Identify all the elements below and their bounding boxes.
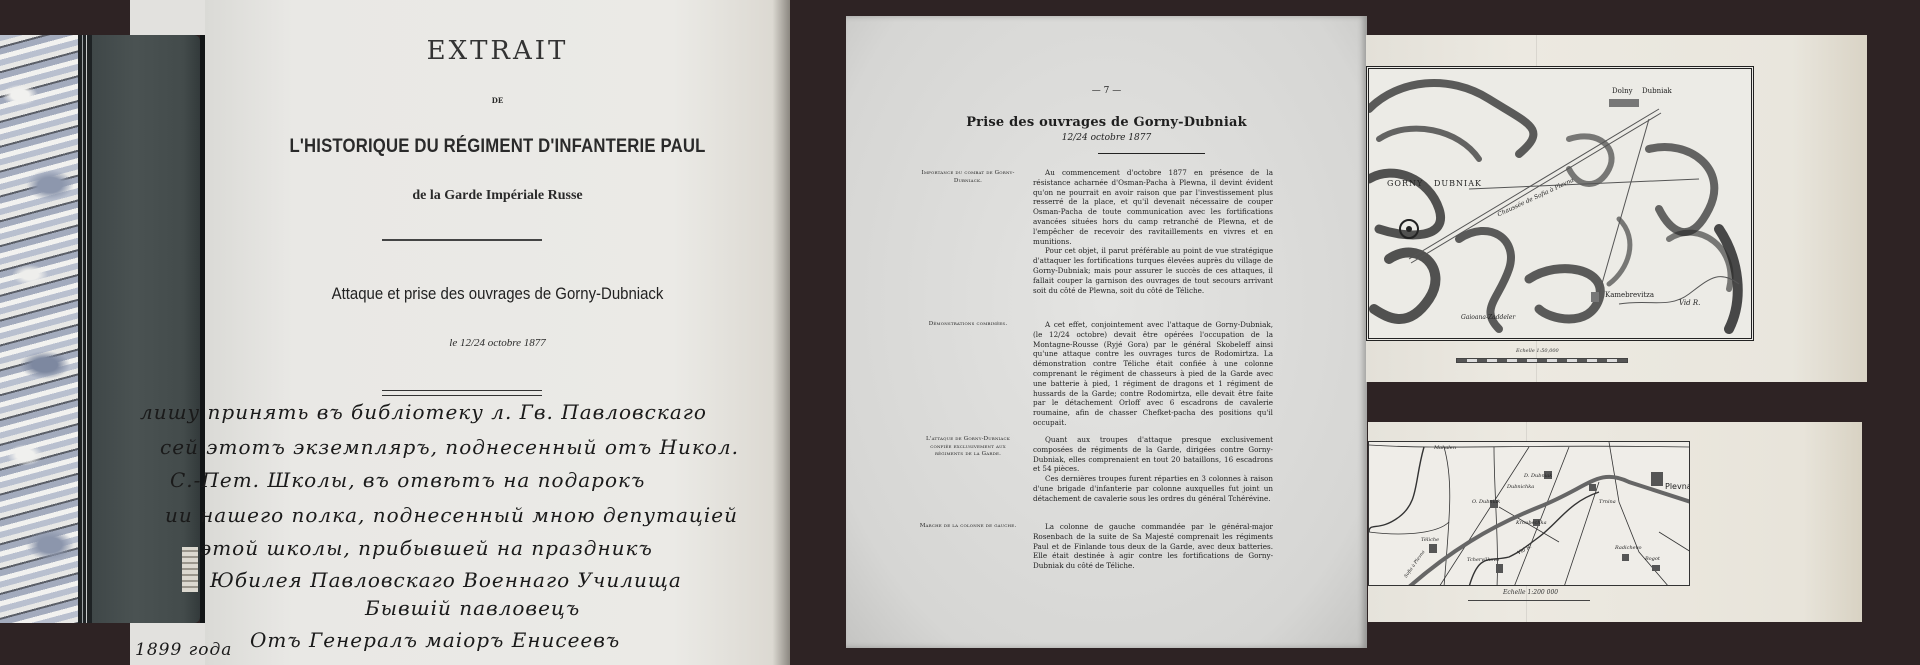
paragraph: Au commencement d'octobre 1877 en présen… [1033,168,1273,246]
map-label: Téliche [1421,537,1439,543]
map-label: Mahalen [1434,445,1456,451]
map-label: Dubniak [1642,87,1672,95]
margin-note: Marche de la colonne de gauche. [918,523,1018,531]
margin-note: L'attaque de Gorny-Dubniack confiée excl… [918,436,1018,459]
book-cover [0,35,205,623]
paragraph: A cet effet, conjointement avec l'attaqu… [1033,320,1273,428]
title-historique: L'HISTORIQUE DU RÉGIMENT D'INFANTERIE PA… [240,136,755,158]
map-label: Bogot [1645,556,1660,562]
cloth-binding [92,35,200,623]
margin-note: Importance du combat de Gorny-Dubniack. [918,170,1018,185]
map-label-city: Plevna [1665,482,1690,491]
map-label: Gaioana-Zaddeler [1461,314,1515,321]
map-scale-caption: Echelle 1:200 000 [1503,589,1558,596]
title-date: le 12/24 octobre 1877 [205,337,790,349]
map-label: Trnina [1599,499,1616,505]
title-garde: de la Garde Impériale Russe [205,188,790,204]
inscription-line: Юбилея Павловскаго Военнаго Училища [210,568,682,592]
page-heading: Prise des ouvrages de Gorny-Dubniak [846,115,1367,130]
map-frame: GORNY DUBNIAK Dolny Dubniak Chaussée de … [1366,66,1754,341]
title-de: DE [205,96,790,105]
title-attaque: Attaque et prise des ouvrages de Gorny-D… [240,284,755,304]
title-extrait: EXTRAIT [205,36,790,66]
paragraph: La colonne de gauche commandée par le gé… [1033,522,1273,571]
map-label: D. Dubniak [1524,473,1552,479]
section-text: A cet effet, conjointement avec l'attaqu… [1033,320,1273,428]
terrain-hachures [1369,69,1751,338]
map-label: Dolny [1612,87,1633,95]
map-label-river: Vid R. [1679,299,1700,307]
margin-note: Démonstrations combinées. [918,321,1018,329]
shelf-label-tag [182,547,198,592]
inscription-line: лишу принять въ библіотеку л. Гв. Павлов… [140,400,707,424]
heading-rule [1098,153,1205,154]
map-gorny-dubniak-detail: GORNY DUBNIAK Dolny Dubniak Chaussée de … [1366,35,1867,382]
paragraph: Quant aux troupes d'attaque presque excl… [1033,435,1273,474]
inscription-line: ии нашего полка, поднесенный мною депута… [165,503,738,527]
map-scale-caption: Echelle 1:50,000 [1516,348,1559,354]
marbled-endpaper [0,35,78,623]
inner-page-7: — 7 — Prise des ouvrages de Gorny-Dubnia… [846,16,1367,648]
map-label: DUBNIAK [1434,179,1482,188]
section-text: Au commencement d'octobre 1877 en présen… [1033,168,1273,295]
paragraph: Ces dernières troupes furent réparties e… [1033,474,1273,503]
title-page: EXTRAIT DE L'HISTORIQUE DU RÉGIMENT D'IN… [205,0,790,665]
spine-gilt-lines [78,35,92,623]
page-number: — 7 — [846,86,1367,96]
map-label: Kroubechka [1516,520,1547,526]
map-label: Dubnichka [1507,484,1534,490]
paragraph: Pour cet objet, il parut préférable au p… [1033,246,1273,295]
title-rule [382,239,542,241]
inscription-line: сей этотъ экземпляръ, поднесенный отъ Ни… [160,435,739,459]
inscription-signature: Отъ Генералъ маiоръ Енисеевъ [250,628,620,652]
map-label: Kamebrevitza [1605,291,1654,299]
map-label: O. Dubniak [1472,499,1500,505]
inscription-signature-title: Бывшiй павловецъ [365,596,580,620]
map-label: Tchervilkovo [1467,557,1499,563]
map-label: GORNY [1387,179,1423,188]
map-frame: Mahalen O. Dubniak D. Dubniak Dubnichka … [1368,441,1690,586]
inscription-year: 1899 года [135,640,232,660]
map-plevna-region: Mahalen O. Dubniak D. Dubniak Dubnichka … [1368,422,1862,622]
map-scale-bar [1468,600,1590,601]
section-text: Quant aux troupes d'attaque presque excl… [1033,435,1273,504]
title-double-rule [382,390,542,396]
section-text: La colonne de gauche commandée par le gé… [1033,522,1273,571]
inscription-line: этой школы, прибывшей на праздникъ [200,536,653,560]
page-subheading-date: 12/24 octobre 1877 [846,133,1367,143]
map-label: Radichevo [1615,545,1641,551]
title-page-margin-top [130,0,210,35]
map-scale-bar [1456,358,1628,363]
inscription-line: С.-Пет. Школы, въ отвѣтъ на подарокъ [170,468,645,492]
